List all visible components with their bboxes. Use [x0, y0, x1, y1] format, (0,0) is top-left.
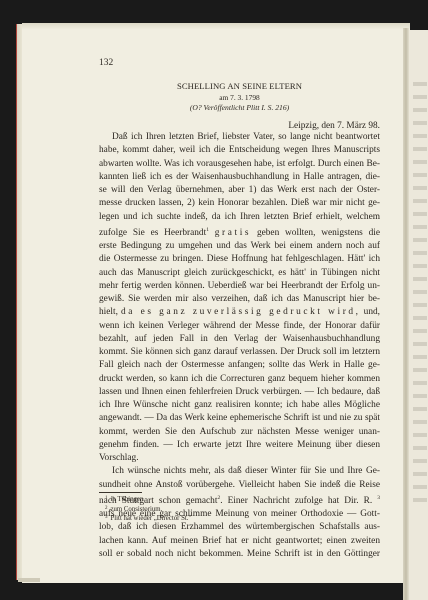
- body-line: zufolge Sie es Heerbrandt1 gratis geben …: [99, 224, 380, 240]
- body-line: auch das Manuscript gleich zurückgeschic…: [99, 267, 380, 280]
- body-line: druckt werden, so kann ich die Correctur…: [99, 373, 380, 386]
- footnote-ref: 1: [206, 227, 209, 233]
- body-line: Fall gleich nach der Ostermesse anfangen…: [99, 359, 380, 372]
- body-text-fragment: zufolge Sie es Heerbrandt: [99, 228, 206, 238]
- letter-place-date: Leipzig, den 7. März 98.: [288, 121, 380, 131]
- body-line: Vorschlag.: [99, 452, 380, 465]
- body-line: soll er sobald noch nicht bekommen. Mein…: [99, 548, 380, 561]
- body-line: Daß ich Ihren letzten Brief, liebster Va…: [99, 131, 380, 144]
- body-line: kommt, werden Sie den Aufschub zur nächs…: [99, 426, 380, 439]
- footnote-text: zum Consistorium.: [111, 506, 163, 513]
- body-line: erste Bedingung zu umgehen und das Werk …: [99, 240, 380, 253]
- page-top-edge: [22, 23, 410, 30]
- body-line: habe, kommt daher, weil ich die Entschei…: [99, 144, 380, 157]
- footnote-mark: 1: [105, 496, 108, 501]
- footnote-text: in Tübingen.: [111, 496, 146, 503]
- footnote: 3Plitt hat wieder „Director St.": [105, 514, 305, 524]
- body-line: hielt, da es ganz zuverlässig gedruckt w…: [99, 306, 380, 319]
- body-line: legen und ich suchte indeß, da ich Ihren…: [99, 211, 380, 224]
- body-line: bezahlt, auf jeden Fall in den Verlag de…: [99, 333, 380, 346]
- body-line: genehm finden. — Ich erwarte jetzt Ihre …: [99, 439, 380, 452]
- body-line: mehr fertig werden können. Ueberdieß war…: [99, 280, 380, 293]
- body-line: wenn ich keinen Verleger während der Mes…: [99, 320, 380, 333]
- body-line: gewiß. Sie werden mir also verzeihen, da…: [99, 293, 380, 306]
- footnote-mark: 3: [105, 515, 108, 520]
- body-line: ich Ihre Wünsche nicht ganz realisiren k…: [99, 399, 380, 412]
- book-page-edges-bottom: [18, 578, 40, 582]
- letter-date: am 7. 3. 1798: [99, 93, 380, 102]
- letter-heading: SCHELLING AN SEINE ELTERN: [99, 81, 380, 91]
- letter-source: (O? Veröffentlicht Plitt I. S. 216): [99, 103, 380, 112]
- facing-page-text-ghost: [413, 82, 427, 502]
- body-line: lachen kann. Auf meinen Brief hat er nic…: [99, 535, 380, 548]
- facing-page-edge: [409, 30, 428, 600]
- body-line: lassen und Ihnen einen fehlerfreien Druc…: [99, 386, 380, 399]
- body-line: sundheit ohne Anstoß vorübergehe. Vielle…: [99, 479, 380, 492]
- footnote-ref: 3: [377, 495, 380, 501]
- body-line: Ich wünsche nichts mehr, als daß dieser …: [99, 465, 380, 478]
- page-number: 132: [99, 58, 113, 68]
- body-text-fragment: geben wollten, wenigstens die: [257, 228, 380, 238]
- body-line: kannten ließ ich es der Waisenhausbuchha…: [99, 171, 380, 184]
- emphasized-text: da es ganz zuverlässig gedruckt wird,: [121, 307, 361, 317]
- footnote-mark: 2: [105, 506, 108, 511]
- body-line: die Ostermesse zu bringen. Diese Hoffnun…: [99, 253, 380, 266]
- body-line: angewandt. — Da das Werk keine ephemeris…: [99, 412, 380, 425]
- footnote: 1in Tübingen.: [105, 495, 305, 505]
- footnote-text: Plitt hat wieder „Director St.": [111, 515, 192, 522]
- body-line: se will den Verlag übernehmen, aber 1) d…: [99, 184, 380, 197]
- footnotes: 1in Tübingen. 2zum Consistorium. 3Plitt …: [105, 495, 305, 524]
- body-line: messe drucken lassen, 2) kein Honorar be…: [99, 197, 380, 210]
- body-text-fragment: und,: [364, 307, 380, 317]
- footnote-divider: [99, 492, 142, 493]
- emphasized-text: gratis: [215, 228, 251, 238]
- footnote: 2zum Consistorium.: [105, 505, 305, 515]
- body-text-fragment: hielt,: [99, 307, 118, 317]
- body-line: abwarten wollte. Was ich vorausgesehen h…: [99, 158, 380, 171]
- body-line: kommt. Sie können sich ganz darauf verla…: [99, 346, 380, 359]
